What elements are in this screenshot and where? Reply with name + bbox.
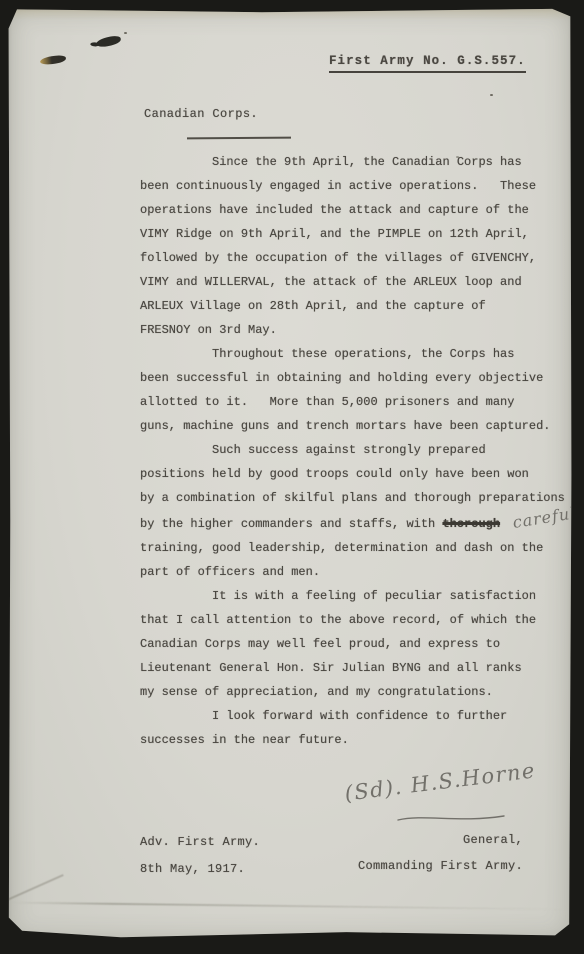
body-line: training, good leadership, determination… xyxy=(140,536,572,560)
body-line: operations have included the attack and … xyxy=(140,198,572,222)
body-line: Throughout these operations, the Corps h… xyxy=(140,342,572,366)
body-line-with-correction: by the higher commanders and staffs, wit… xyxy=(140,510,572,536)
letter-body: Since the 9th April, the Canadian Corps … xyxy=(140,150,572,752)
body-line: ARLEUX Village on 28th April, and the ca… xyxy=(140,294,572,318)
body-line: guns, machine guns and trench mortars ha… xyxy=(140,414,572,438)
ink-smudge-mark xyxy=(95,35,121,48)
body-line: part of officers and men. xyxy=(140,560,572,584)
paper-crease xyxy=(4,874,63,901)
body-line: by a combination of skilful plans and th… xyxy=(140,486,572,510)
body-line: I look forward with confidence to furthe… xyxy=(140,704,572,728)
body-line: successes in the near future. xyxy=(140,728,572,752)
body-line: been continuously engaged in active oper… xyxy=(140,174,572,198)
body-line: Canadian Corps may well feel proud, and … xyxy=(140,632,572,656)
body-line: my sense of appreciation, and my congrat… xyxy=(140,680,572,704)
body-line: that I call attention to the above recor… xyxy=(140,608,572,632)
body-line: Lieutenant General Hon. Sir Julian BYNG … xyxy=(140,656,572,680)
paper-crease xyxy=(12,902,564,911)
body-line: positions held by good troops could only… xyxy=(140,462,572,486)
signature-handwriting: (Sd). H.S.Horne xyxy=(343,758,537,805)
addressee-underline xyxy=(187,137,291,140)
signer-title: Commanding First Army. xyxy=(358,853,523,879)
body-line: Such success against strongly prepared xyxy=(140,438,572,462)
reference-number: First Army No. G.S.557. xyxy=(329,54,526,73)
paper-speck xyxy=(124,32,127,34)
body-line: been successful in obtaining and holding… xyxy=(140,366,572,390)
body-line: VIMY Ridge on 9th April, and the PIMPLE … xyxy=(140,222,572,246)
signature-block: (Sd). H.S.Horne xyxy=(338,756,572,830)
date-line: 8th May, 1917. xyxy=(140,856,260,883)
body-line: Since the 9th April, the Canadian Corps … xyxy=(140,150,572,174)
sender-office: Adv. First Army. xyxy=(140,829,260,856)
closing-right-block: General, Commanding First Army. xyxy=(358,827,523,879)
body-line: FRESNOY on 3rd May. xyxy=(140,318,572,342)
addressee: Canadian Corps. xyxy=(144,107,258,121)
scan-background: First Army No. G.S.557. Canadian Corps. … xyxy=(0,0,584,954)
stain-smudge-mark xyxy=(40,55,67,66)
document-paper: First Army No. G.S.557. Canadian Corps. … xyxy=(8,8,572,941)
struck-word: thorough xyxy=(442,517,500,531)
signer-rank: General, xyxy=(358,827,523,853)
body-line: allotted to it. More than 5,000 prisoner… xyxy=(140,390,572,414)
body-line-prefix: by the higher commanders and staffs, wit… xyxy=(140,517,442,531)
paper-speck xyxy=(490,94,493,96)
body-line: followed by the occupation of the villag… xyxy=(140,246,572,270)
signature-flourish xyxy=(396,812,508,824)
body-line: VIMY and WILLERVAL, the attack of the AR… xyxy=(140,270,572,294)
body-line: It is with a feeling of peculiar satisfa… xyxy=(140,584,572,608)
closing-left-block: Adv. First Army. 8th May, 1917. xyxy=(140,829,260,883)
